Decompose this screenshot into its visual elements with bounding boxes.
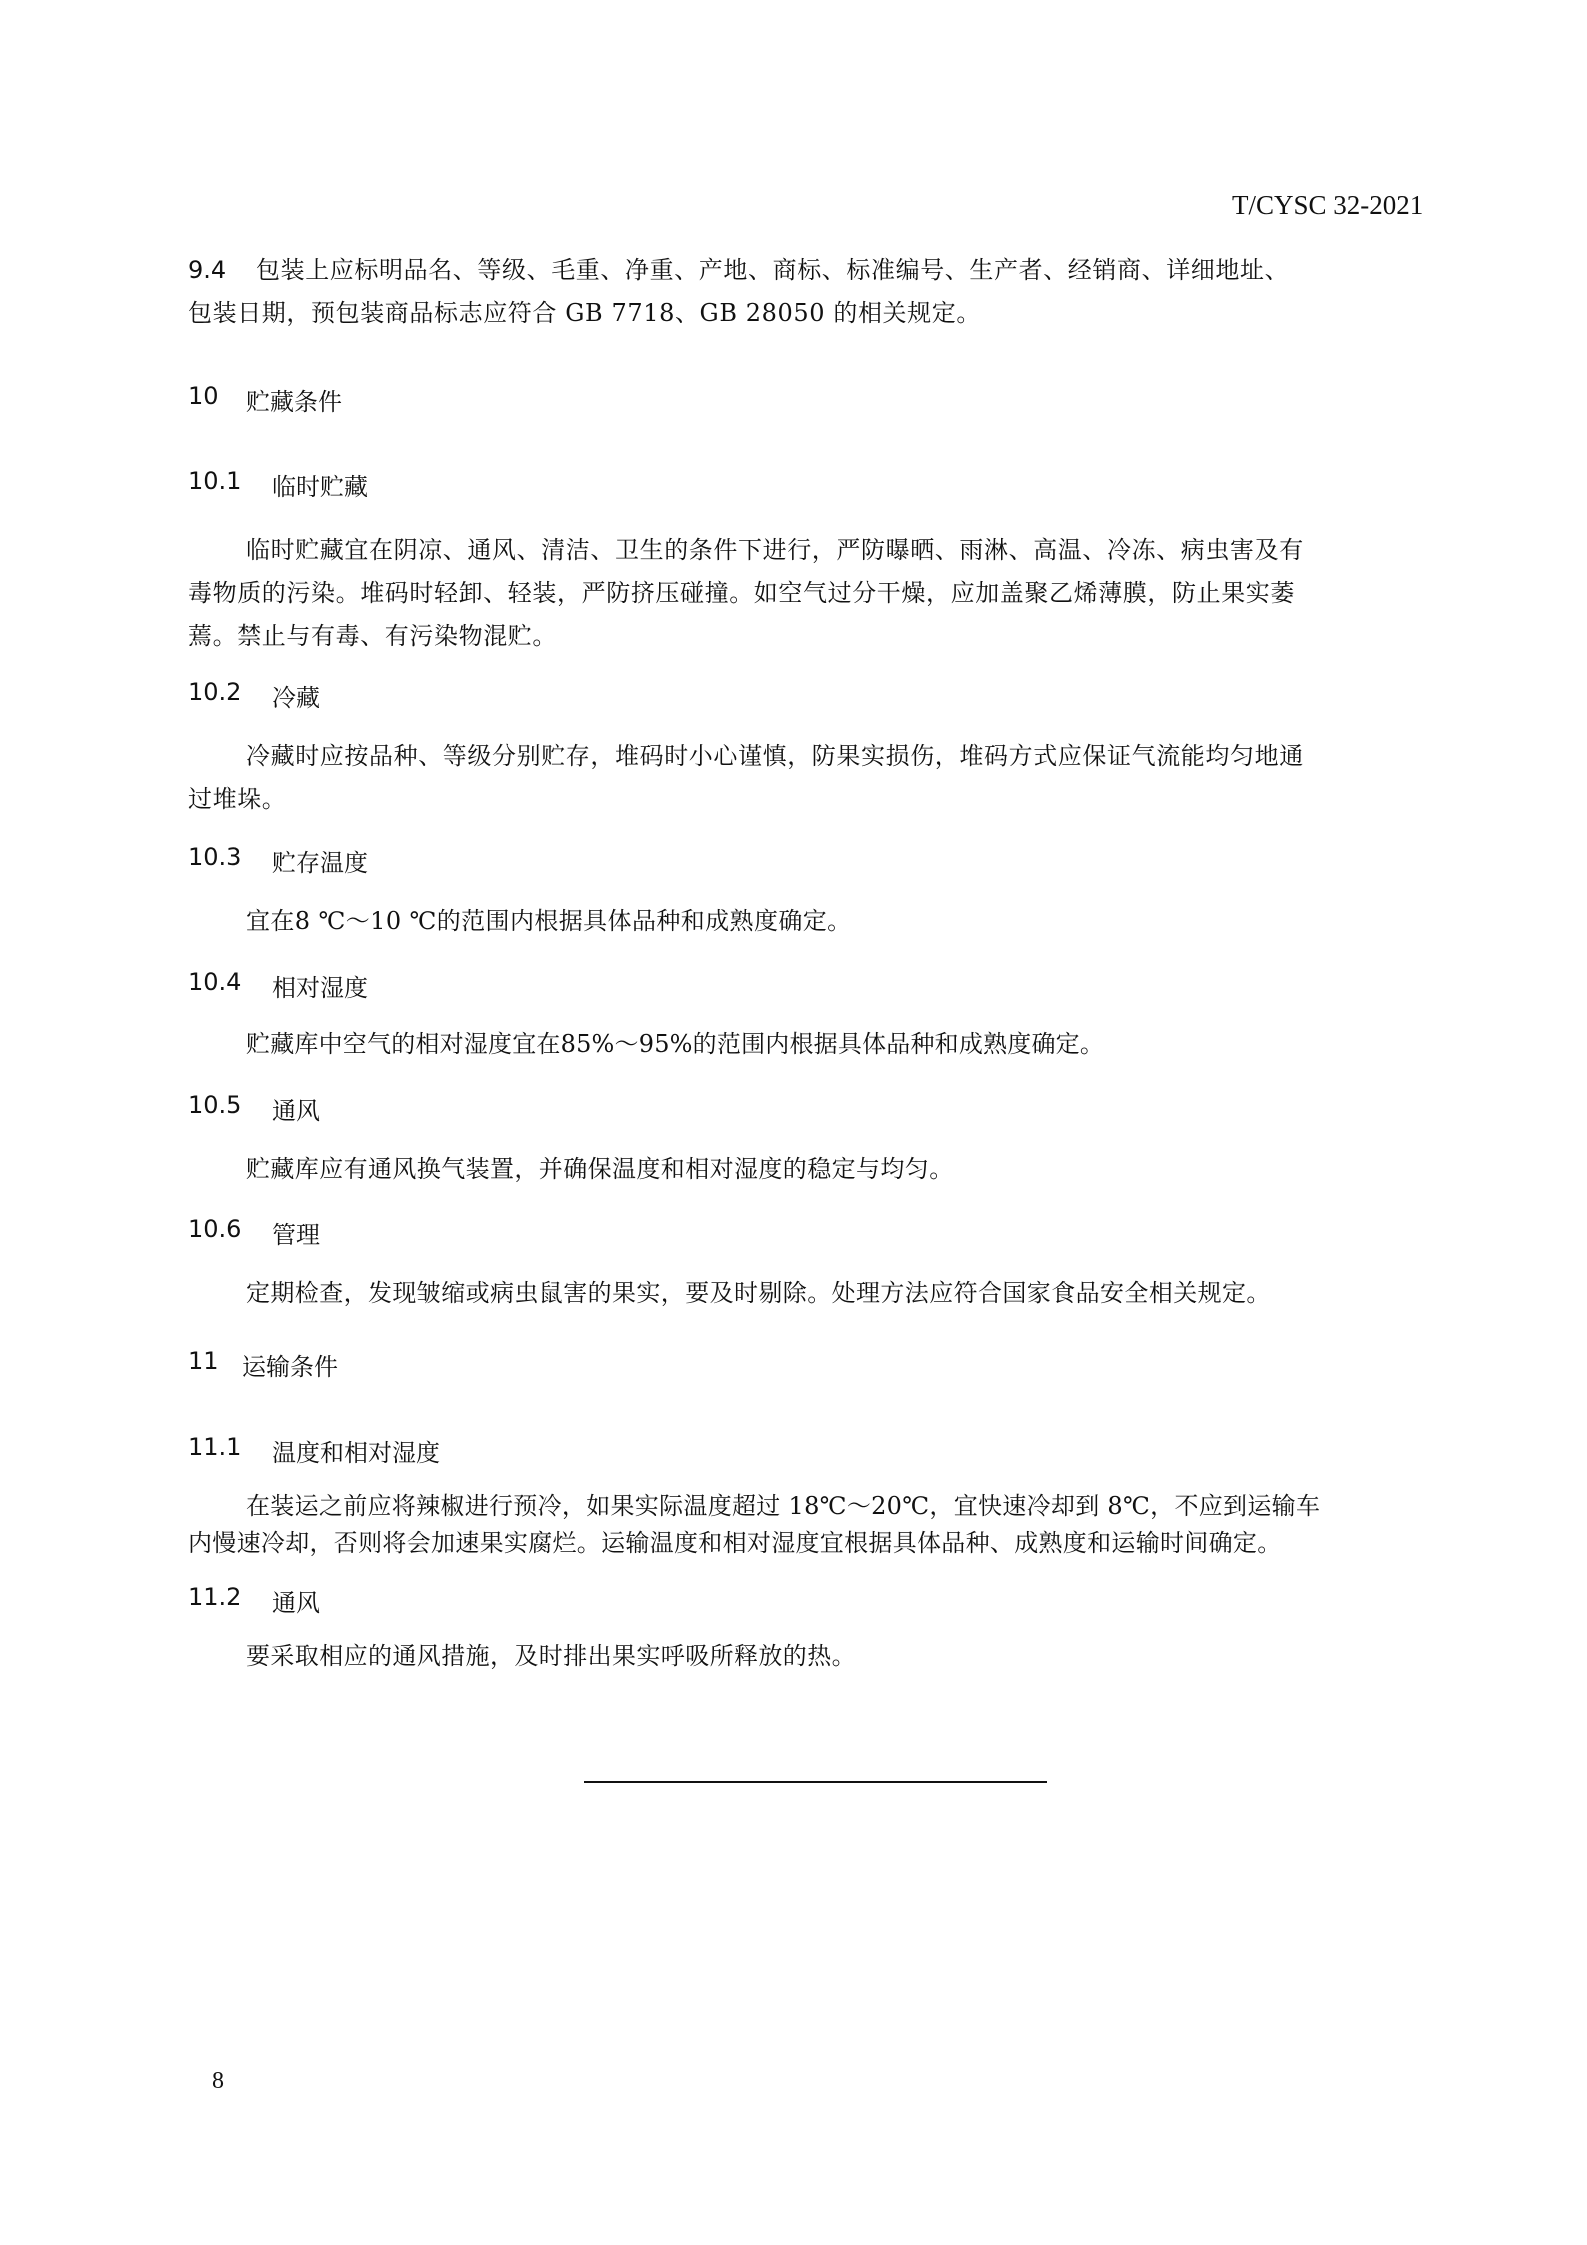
paragraph-10-1-line-3: 蔫。禁止与有毒、有污染物混贮。 — [188, 613, 557, 659]
paragraph-10-6: 定期检查，发现皱缩或病虫鼠害的果实，要及时剔除。处理方法应符合国家食品安全相关规… — [246, 1270, 1271, 1316]
subsection-title-10-5: 通风 — [272, 1091, 320, 1126]
section-number-10: 10 — [188, 382, 219, 410]
end-of-document-rule — [584, 1781, 1047, 1783]
paragraph-10-4: 贮藏库中空气的相对湿度宜在85%～95%的范围内根据具体品种和成熟度确定。 — [246, 1021, 1104, 1067]
page-number: 8 — [212, 2068, 224, 2095]
subsection-number-10-4: 10.4 — [188, 968, 241, 996]
standard-code-header: T/CYSC 32-2021 — [1232, 190, 1423, 221]
subsection-title-10-3: 贮存温度 — [272, 843, 368, 878]
paragraph-10-1-line-1: 临时贮藏宜在阴凉、通风、清洁、卫生的条件下进行，严防曝晒、雨淋、高温、冷冻、病虫… — [246, 527, 1304, 573]
subsection-number-10-1: 10.1 — [188, 467, 241, 495]
section-title-11: 运输条件 — [242, 1347, 338, 1382]
section-number-11: 11 — [188, 1347, 219, 1375]
subsection-title-11-2: 通风 — [272, 1583, 320, 1618]
subsection-number-10-5: 10.5 — [188, 1091, 241, 1119]
subsection-number-11-2: 11.2 — [188, 1583, 241, 1611]
subsection-title-11-1: 温度和相对湿度 — [272, 1433, 440, 1468]
subsection-number-10-3: 10.3 — [188, 843, 241, 871]
paragraph-10-3: 宜在8 ℃～10 ℃的范围内根据具体品种和成熟度确定。 — [246, 898, 852, 944]
clause-9-4-line-2: 包装日期，预包装商品标志应符合 GB 7718、GB 28050 的相关规定。 — [188, 290, 981, 336]
paragraph-10-2-line-2: 过堆垛。 — [188, 776, 286, 822]
paragraph-11-1-line-2: 内慢速冷却，否则将会加速果实腐烂。运输温度和相对湿度宜根据具体品种、成熟度和运输… — [188, 1520, 1282, 1566]
subsection-title-10-6: 管理 — [272, 1215, 320, 1250]
paragraph-11-2: 要采取相应的通风措施，及时排出果实呼吸所释放的热。 — [246, 1633, 856, 1679]
clause-number-9-4: 9.4 — [188, 256, 226, 284]
subsection-title-10-2: 冷藏 — [272, 678, 320, 713]
clause-9-4-line-1: 包装上应标明品名、等级、毛重、净重、产地、商标、标准编号、生产者、经销商、详细地… — [256, 247, 1289, 293]
subsection-number-10-2: 10.2 — [188, 678, 241, 706]
subsection-title-10-4: 相对湿度 — [272, 968, 368, 1003]
paragraph-10-1-line-2: 毒物质的污染。堆码时轻卸、轻装，严防挤压碰撞。如空气过分干燥，应加盖聚乙烯薄膜，… — [188, 570, 1295, 616]
section-title-10: 贮藏条件 — [246, 382, 342, 417]
subsection-number-10-6: 10.6 — [188, 1215, 241, 1243]
paragraph-10-5: 贮藏库应有通风换气装置，并确保温度和相对湿度的稳定与均匀。 — [246, 1146, 954, 1192]
subsection-number-11-1: 11.1 — [188, 1433, 241, 1461]
subsection-title-10-1: 临时贮藏 — [272, 467, 368, 502]
paragraph-10-2-line-1: 冷藏时应按品种、等级分别贮存，堆码时小心谨慎，防果实损伤，堆码方式应保证气流能均… — [246, 733, 1304, 779]
